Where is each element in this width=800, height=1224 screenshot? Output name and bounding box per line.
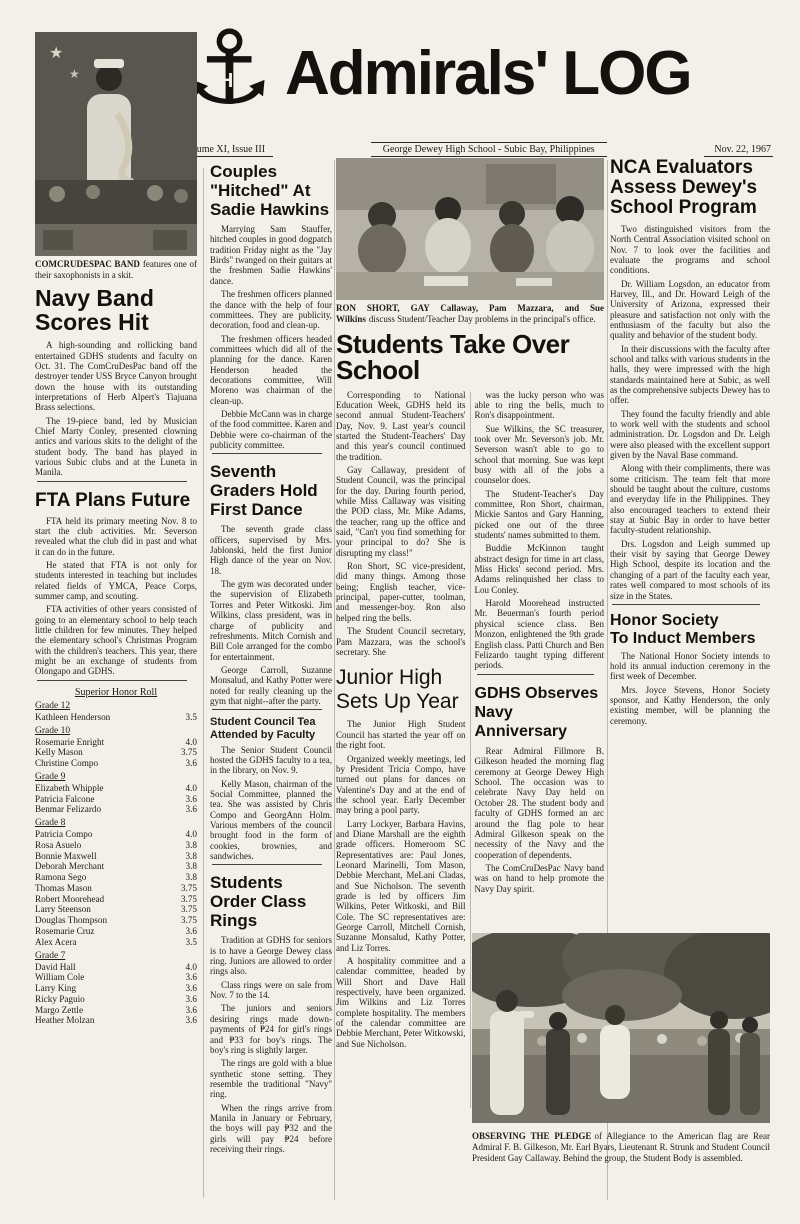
paragraph: They found the faculty friendly and able… <box>610 409 770 461</box>
navy-band-headline: Navy Band Scores Hit <box>35 286 197 336</box>
flag-ceremony-caption: OBSERVING THE PLEDGEof Allegiance to the… <box>472 1131 770 1163</box>
paragraph: was the lucky person who was able to rin… <box>475 390 605 421</box>
paragraph: The Student Council secretary, Pam Mazza… <box>336 626 466 657</box>
paragraph: Class rings were on sale from Nov. 7 to … <box>210 980 332 1001</box>
student-name: Heather Molzan <box>35 1015 94 1026</box>
paragraph: Corresponding to National Education Week… <box>336 390 466 462</box>
caption-text: discuss Student/Teacher Day problems in … <box>369 314 596 324</box>
seventh-graders-headline: Seventh Graders Hold First Dance <box>210 462 332 519</box>
student-name: Ricky Paguio <box>35 994 85 1005</box>
honor-roll-row: Ramona Sego3.8 <box>35 872 197 883</box>
article-end-rule <box>37 481 187 482</box>
article-end-rule <box>212 709 322 710</box>
student-name: Patricia Falcone <box>35 794 94 805</box>
anchor-logo: ⚓ THE <box>183 22 277 140</box>
article-council-tea: Student Council Tea Attended by Faculty … <box>210 716 332 865</box>
paragraph: Organized weekly meetings, led by Presid… <box>336 754 466 816</box>
article-end-rule <box>212 453 322 454</box>
honor-roll-row: Rosemarie Enright4.0 <box>35 737 197 748</box>
paragraph: The seventh grade class officers, superv… <box>210 524 332 576</box>
student-name: Benmar Felizardo <box>35 804 101 815</box>
student-gpa: 3.8 <box>186 861 197 872</box>
paragraph: FTA held its primary meeting Nov. 8 to s… <box>35 516 197 557</box>
article-end-rule <box>37 680 187 681</box>
headline-line: Honor Society <box>610 612 770 630</box>
column-right: NCA Evaluators Assess Dewey's School Pro… <box>610 158 770 729</box>
student-teacher-day-caption: RON SHORT, GAY Callaway, Pam Mazzara, an… <box>336 303 604 325</box>
student-name: Deborah Merchant <box>35 861 104 872</box>
column-left: ★ ★ COMCRUDESPAC BANDfeatures one of the… <box>35 32 197 1026</box>
student-gpa: 3.5 <box>186 937 197 948</box>
newspaper-page: ⚓ THE Admirals' LOG Volume XI, Issue III… <box>0 0 800 1224</box>
student-name: Thomas Mason <box>35 883 92 894</box>
honor-roll-row: William Cole3.6 <box>35 972 197 983</box>
student-gpa: 3.75 <box>181 883 197 894</box>
honor-roll-row: Patricia Compo4.0 <box>35 829 197 840</box>
grade-label: Grade 12 <box>35 701 197 711</box>
article-sadie-hawkins: Couples "Hitched" At Sadie Hawkins Marry… <box>210 162 332 454</box>
student-name: Larry Steenson <box>35 904 91 915</box>
article-end-rule <box>212 864 322 865</box>
column-two: Couples "Hitched" At Sadie Hawkins Marry… <box>210 162 332 1157</box>
article-fta: FTA Plans Future FTA held its primary me… <box>35 491 197 681</box>
student-gpa: 3.75 <box>181 904 197 915</box>
headline-line: Navy Anniversary <box>475 703 605 741</box>
headline-line: Attended by Faculty <box>210 729 332 742</box>
gdhs-navy-headline: GDHS Observes Navy Anniversary <box>475 684 605 742</box>
junior-high-headline: Junior High Sets Up Year <box>336 666 466 714</box>
student-gpa: 3.75 <box>181 915 197 926</box>
honor-roll-row: Christine Compo3.6 <box>35 758 197 769</box>
student-teacher-day-photo <box>336 158 604 300</box>
student-name: Kathleen Henderson <box>35 712 110 723</box>
honor-roll-row: Larry King3.6 <box>35 983 197 994</box>
paragraph: FTA activities of other years consisted … <box>35 604 197 676</box>
caption-lead: COMCRUDESPAC BAND <box>35 259 140 269</box>
nca-headline: NCA Evaluators Assess Dewey's School Pro… <box>610 158 770 218</box>
paragraph: The freshmen officers headed committees … <box>210 334 332 406</box>
paragraph: The National Honor Society intends to ho… <box>610 651 770 682</box>
student-gpa: 3.6 <box>186 1015 197 1026</box>
paragraph: Rear Admiral Fillmore B. Gilkeson headed… <box>475 746 605 860</box>
headline-line: GDHS Observes <box>475 684 605 703</box>
flag-ceremony-photo <box>472 933 770 1123</box>
honor-roll-row: David Hall4.0 <box>35 962 197 973</box>
student-name: Robert Moorehead <box>35 894 104 905</box>
paragraph: Marrying Sam Stauffer, hitched couples i… <box>210 224 332 286</box>
paragraph: Buddie McKinnon taught abstract design f… <box>475 543 605 595</box>
student-name: David Hall <box>35 962 76 973</box>
paragraph: The 19-piece band, led by Musician Chief… <box>35 416 197 478</box>
student-name: Rosemarie Cruz <box>35 926 94 937</box>
honor-roll: Superior Honor Roll Grade 12 Kathleen He… <box>35 687 197 1026</box>
paragraph: The Senior Student Council hosted the GD… <box>210 745 332 776</box>
article-junior-high: Junior High Sets Up Year The Junior High… <box>336 666 466 1049</box>
honor-roll-row: Patricia Falcone3.6 <box>35 794 197 805</box>
article-honor-society: Honor Society To Induct Members The Nati… <box>610 612 770 726</box>
headline-line: Student Council Tea <box>210 716 332 729</box>
svg-text:★: ★ <box>69 67 80 81</box>
student-gpa: 3.6 <box>186 972 197 983</box>
honor-roll-title: Superior Honor Roll <box>35 687 197 698</box>
student-name: Douglas Thompson <box>35 915 107 926</box>
council-tea-headline: Student Council Tea Attended by Faculty <box>210 716 332 741</box>
article-class-rings: Students Order Class Rings Tradition at … <box>210 873 332 1154</box>
paragraph: Larry Lockyer, Barbara Havins, and Diane… <box>336 819 466 953</box>
grade-label: Grade 9 <box>35 772 197 782</box>
paragraph: Kelly Mason, chairman of the Social Comm… <box>210 779 332 862</box>
paragraph: The rings are gold with a blue synthetic… <box>210 1058 332 1099</box>
takeover-headline: Students Take Over School <box>336 331 604 383</box>
student-gpa: 4.0 <box>186 737 197 748</box>
student-gpa: 4.0 <box>186 829 197 840</box>
paragraph: The freshmen officers planned the dance … <box>210 289 332 330</box>
paragraph: A high-sounding and rollicking band ente… <box>35 340 197 412</box>
honor-roll-row: Douglas Thompson3.75 <box>35 915 197 926</box>
paragraph: Along with their compliments, there was … <box>610 463 770 535</box>
honor-society-headline: Honor Society To Induct Members <box>610 612 770 648</box>
honor-roll-row: Ricky Paguio3.6 <box>35 994 197 1005</box>
student-gpa: 3.8 <box>186 840 197 851</box>
article-end-rule <box>612 604 760 605</box>
band-photo: ★ ★ <box>35 32 197 256</box>
paragraph: He stated that FTA is not only for stude… <box>35 560 197 601</box>
headline-line: Junior High <box>336 666 466 690</box>
grade-label: Grade 10 <box>35 726 197 736</box>
honor-roll-row: Margo Zettle3.6 <box>35 1005 197 1016</box>
student-gpa: 3.6 <box>186 794 197 805</box>
honor-roll-row: Bonnie Maxwell3.8 <box>35 851 197 862</box>
student-name: Elizabeth Whipple <box>35 783 103 794</box>
honor-roll-row: Heather Molzan3.6 <box>35 1015 197 1026</box>
honor-roll-row: Kelly Mason3.75 <box>35 747 197 758</box>
column-center: RON SHORT, GAY Callaway, Pam Mazzara, an… <box>336 158 604 1052</box>
student-gpa: 3.8 <box>186 851 197 862</box>
paragraph: In their discussions with the faculty af… <box>610 344 770 406</box>
student-name: Larry King <box>35 983 76 994</box>
student-gpa: 3.6 <box>186 804 197 815</box>
school-name: George Dewey High School - Subic Bay, Ph… <box>371 142 607 157</box>
student-gpa: 3.6 <box>186 1005 197 1016</box>
paragraph: The ComCruDesPac Navy band was on hand t… <box>475 863 605 894</box>
caption-lead: OBSERVING THE PLEDGE <box>472 1131 591 1141</box>
honor-roll-row: Elizabeth Whipple4.0 <box>35 783 197 794</box>
student-name: Kelly Mason <box>35 747 83 758</box>
masthead-the: THE <box>206 70 249 93</box>
student-gpa: 3.6 <box>186 994 197 1005</box>
paragraph: Two distinguished visitors from the Nort… <box>610 224 770 276</box>
student-name: Bonnie Maxwell <box>35 851 97 862</box>
paragraph: A hospitality committee and a calendar c… <box>336 956 466 1049</box>
paragraph: Drs. Logsdon and Leigh summed up their v… <box>610 539 770 601</box>
article-end-rule <box>477 674 595 675</box>
paragraph: Ron Short, SC vice-president, did many t… <box>336 561 466 623</box>
grade-label: Grade 8 <box>35 818 197 828</box>
paragraph: The Junior High Student Council has star… <box>336 719 466 750</box>
student-name: Rosemarie Enright <box>35 737 104 748</box>
honor-roll-row: Larry Steenson3.75 <box>35 904 197 915</box>
honor-roll-row: Rosa Asuelo3.8 <box>35 840 197 851</box>
headline-line: To Induct Members <box>610 630 770 648</box>
honor-roll-row: Deborah Merchant3.8 <box>35 861 197 872</box>
honor-roll-row: Robert Moorehead3.75 <box>35 894 197 905</box>
fta-headline: FTA Plans Future <box>35 491 197 512</box>
grade-label: Grade 7 <box>35 951 197 961</box>
paragraph: George Carroll, Suzanne Monsalud, and Ka… <box>210 665 332 706</box>
student-gpa: 3.6 <box>186 758 197 769</box>
student-gpa: 3.6 <box>186 983 197 994</box>
paragraph: The juniors and seniors desiring rings m… <box>210 1003 332 1055</box>
takeover-col-a: Corresponding to National Education Week… <box>336 390 466 1053</box>
paragraph: Tradition at GDHS for seniors is to have… <box>210 935 332 976</box>
paragraph: Harold Moorehead instructed Mr. Beuerman… <box>475 598 605 670</box>
paragraph: Mrs. Joyce Stevens, Honor Society sponso… <box>610 685 770 726</box>
student-gpa: 3.6 <box>186 926 197 937</box>
article-seventh-graders: Seventh Graders Hold First Dance The sev… <box>210 462 332 710</box>
issue-date: Nov. 22, 1967 <box>704 144 773 157</box>
student-name: Rosa Asuelo <box>35 840 81 851</box>
column-rule <box>203 168 204 1198</box>
band-photo-caption: COMCRUDESPAC BANDfeatures one of their s… <box>35 259 197 281</box>
article-nca: NCA Evaluators Assess Dewey's School Pro… <box>610 158 770 605</box>
masthead: ⚓ THE Admirals' LOG <box>183 22 773 138</box>
student-gpa: 3.75 <box>181 894 197 905</box>
paragraph: When the rings arrive from Manila in Jan… <box>210 1103 332 1155</box>
svg-text:★: ★ <box>49 45 63 62</box>
article-gdhs-navy: GDHS Observes Navy Anniversary Rear Admi… <box>475 684 605 894</box>
honor-roll-row: Rosemarie Cruz3.6 <box>35 926 197 937</box>
paragraph: Debbie McCann was in charge of the food … <box>210 409 332 450</box>
student-gpa: 3.5 <box>186 712 197 723</box>
paragraph: Sue Wilkins, the SC treasurer, took over… <box>475 424 605 486</box>
student-gpa: 4.0 <box>186 783 197 794</box>
honor-roll-row: Thomas Mason3.75 <box>35 883 197 894</box>
student-name: Alex Acera <box>35 937 77 948</box>
masthead-title: Admirals' LOG <box>285 38 691 109</box>
column-rule <box>334 160 335 1200</box>
honor-roll-row: Alex Acera3.5 <box>35 937 197 948</box>
student-name: Ramona Sego <box>35 872 86 883</box>
paragraph: Gay Callaway, president of Student Counc… <box>336 465 466 558</box>
article-navy-band: Navy Band Scores Hit A high-sounding and… <box>35 286 197 482</box>
student-name: Margo Zettle <box>35 1005 83 1016</box>
sadie-headline: Couples "Hitched" At Sadie Hawkins <box>210 162 332 219</box>
student-gpa: 4.0 <box>186 962 197 973</box>
student-gpa: 3.8 <box>186 872 197 883</box>
class-rings-headline: Students Order Class Rings <box>210 873 332 930</box>
paragraph: The Student-Teacher's Day committee, Ron… <box>475 489 605 541</box>
student-name: William Cole <box>35 972 84 983</box>
dateline: Volume XI, Issue III George Dewey High S… <box>183 142 773 157</box>
student-gpa: 3.75 <box>181 747 197 758</box>
paragraph: Dr. William Logsdon, an educator from Ha… <box>610 279 770 341</box>
student-name: Patricia Compo <box>35 829 92 840</box>
paragraph: The gym was decorated under the supervis… <box>210 579 332 662</box>
honor-roll-row: Benmar Felizardo3.6 <box>35 804 197 815</box>
honor-roll-row: Kathleen Henderson3.5 <box>35 712 197 723</box>
student-name: Christine Compo <box>35 758 98 769</box>
anchor-icon: ⚓ <box>183 18 277 120</box>
headline-line: Sets Up Year <box>336 690 466 714</box>
